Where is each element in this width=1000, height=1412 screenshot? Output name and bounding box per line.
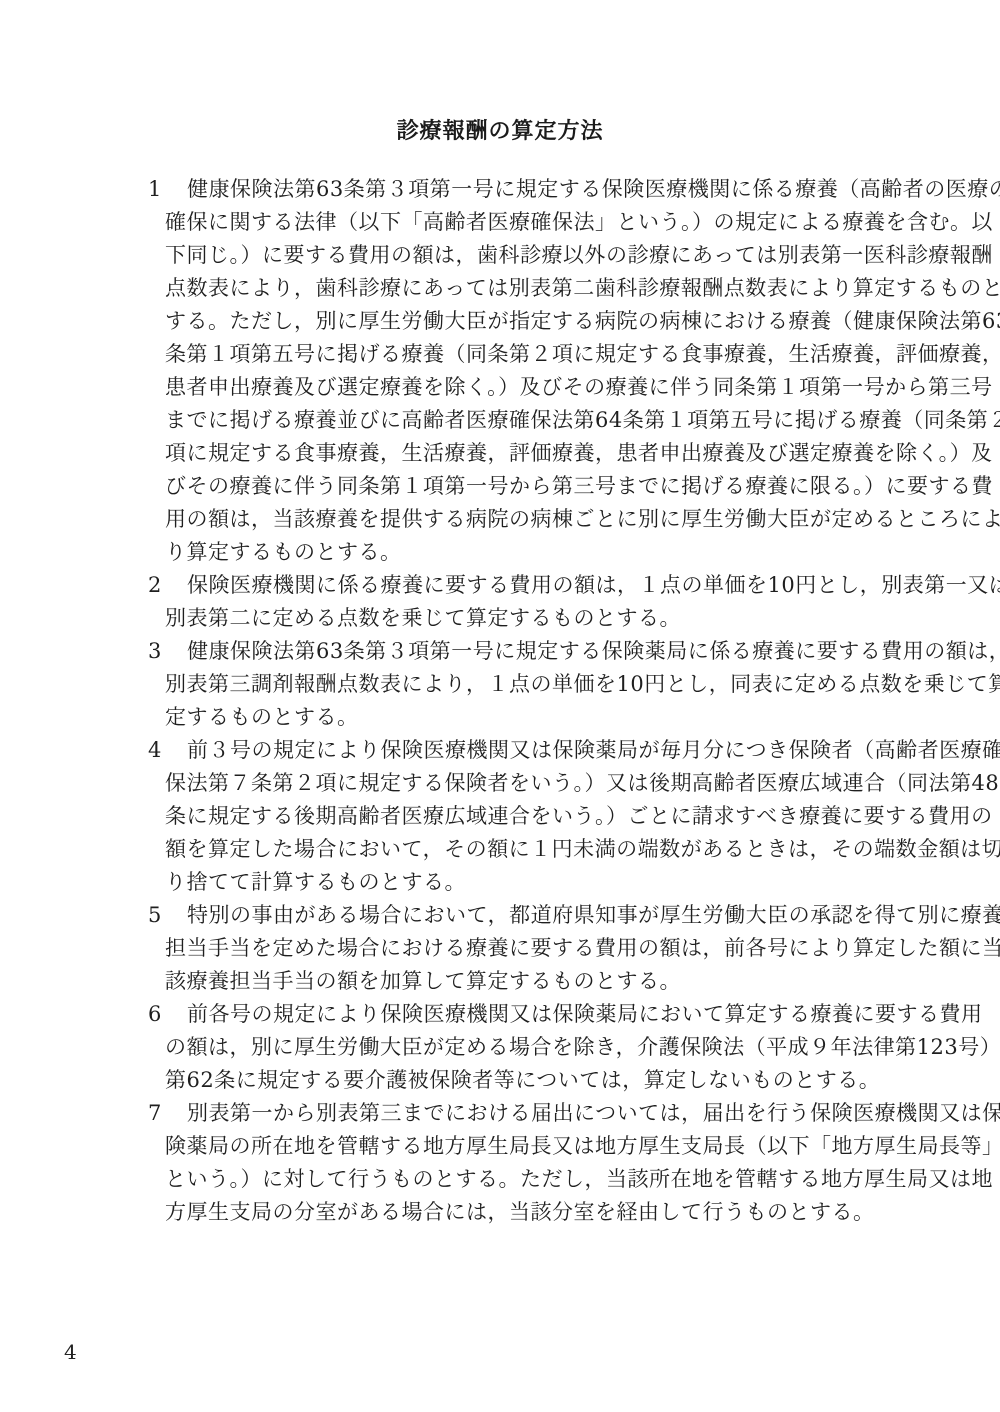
paragraph-7: 7別表第一から別表第三までにおける届出については，届出を行う保険医療機関又は保険… <box>148 1097 868 1229</box>
paragraph-text: り算定するものとする。 <box>165 540 402 564</box>
paragraph-line: 方厚生支局の分室がある場合には，当該分室を経由して行うものとする。 <box>148 1196 868 1229</box>
paragraph-line: 患者申出療養及び選定療養を除く。）及びその療養に伴う同条第１項第一号から第三号 <box>148 371 868 404</box>
paragraph-line: 第62条に規定する要介護被保険者等については，算定しないものとする。 <box>148 1064 868 1097</box>
paragraph-line: 保法第７条第２項に規定する保険者をいう。）又は後期高齢者医療広域連合（同法第48 <box>148 767 868 800</box>
paragraph-text: 別表第二に定める点数を乗じて算定するものとする。 <box>165 606 681 630</box>
paragraph-text: する。ただし，別に厚生労働大臣が指定する病院の病棟における療養（健康保険法第63 <box>165 309 1000 333</box>
paragraph-number: 6 <box>148 998 187 1031</box>
paragraph-line: 確保に関する法律（以下「高齢者医療確保法」という。）の規定による療養を含む。以 <box>148 206 868 239</box>
paragraph-text: 患者申出療養及び選定療養を除く。）及びその療養に伴う同条第１項第一号から第三号 <box>165 375 993 399</box>
paragraph-line: 該療養担当手当の額を加算して算定するものとする。 <box>148 965 868 998</box>
paragraph-first-line: 3健康保険法第63条第３項第一号に規定する保険薬局に係る療養に要する費用の額は， <box>148 635 868 668</box>
paragraph-text: 額を算定した場合において，その額に１円未満の端数があるときは，その端数金額は切 <box>165 837 1000 861</box>
document-body: 1健康保険法第63条第３項第一号に規定する保険医療機関に係る療養（高齢者の医療の… <box>148 173 868 1229</box>
paragraph-first-line: 5特別の事由がある場合において，都道府県知事が厚生労働大臣の承認を得て別に療養 <box>148 899 868 932</box>
paragraph-4: 4前３号の規定により保険医療機関又は保険薬局が毎月分につき保険者（高齢者医療確保… <box>148 734 868 899</box>
paragraph-text: びその療養に伴う同条第１項第一号から第三号までに掲げる療養に限る。）に要する費 <box>165 474 993 498</box>
paragraph-text: 保険医療機関に係る療養に要する費用の額は，１点の単価を10円とし，別表第一又は <box>187 573 1000 597</box>
paragraph-2: 2保険医療機関に係る療養に要する費用の額は，１点の単価を10円とし，別表第一又は… <box>148 569 868 635</box>
paragraph-line: という。）に対して行うものとする。ただし，当該所在地を管轄する地方厚生局又は地 <box>148 1163 868 1196</box>
paragraph-line: びその療養に伴う同条第１項第一号から第三号までに掲げる療養に限る。）に要する費 <box>148 470 868 503</box>
paragraph-line: 用の額は，当該療養を提供する病院の病棟ごとに別に厚生労働大臣が定めるところによ <box>148 503 868 536</box>
paragraph-line: り算定するものとする。 <box>148 536 868 569</box>
paragraph-line: 担当手当を定めた場合における療養に要する費用の額は，前各号により算定した額に当 <box>148 932 868 965</box>
paragraph-text: までに掲げる療養並びに高齢者医療確保法第64条第１項第五号に掲げる療養（同条第２ <box>165 408 1000 432</box>
paragraph-text: 担当手当を定めた場合における療養に要する費用の額は，前各号により算定した額に当 <box>165 936 1000 960</box>
paragraph-line: 条に規定する後期高齢者医療広域連合をいう。）ごとに請求すべき療養に要する費用の <box>148 800 868 833</box>
paragraph-line: 下同じ。）に要する費用の額は，歯科診療以外の診療にあっては別表第一医科診療報酬 <box>148 239 868 272</box>
paragraph-text: 確保に関する法律（以下「高齢者医療確保法」という。）の規定による療養を含む。以 <box>165 210 993 234</box>
paragraph-number: 2 <box>148 569 187 602</box>
paragraph-line: までに掲げる療養並びに高齢者医療確保法第64条第１項第五号に掲げる療養（同条第２ <box>148 404 868 437</box>
paragraph-first-line: 6前各号の規定により保険医療機関又は保険薬局において算定する療養に要する費用 <box>148 998 868 1031</box>
paragraph-text: 第62条に規定する要介護被保険者等については，算定しないものとする。 <box>165 1068 880 1092</box>
paragraph-number: 4 <box>148 734 187 767</box>
paragraph-text: 険薬局の所在地を管轄する地方厚生局長又は地方厚生支局長（以下「地方厚生局長等」 <box>165 1134 1000 1158</box>
document-page: 診療報酬の算定方法 1健康保険法第63条第３項第一号に規定する保険医療機関に係る… <box>0 0 1000 1412</box>
paragraph-line: の額は，別に厚生労働大臣が定める場合を除き，介護保険法（平成９年法律第123号） <box>148 1031 868 1064</box>
paragraph-text: 定するものとする。 <box>165 705 359 729</box>
paragraph-1: 1健康保険法第63条第３項第一号に規定する保険医療機関に係る療養（高齢者の医療の… <box>148 173 868 569</box>
paragraph-text: 条第１項第五号に掲げる療養（同条第２項に規定する食事療養，生活療養，評価療養， <box>165 342 1000 366</box>
paragraph-line: 条第１項第五号に掲げる療養（同条第２項に規定する食事療養，生活療養，評価療養， <box>148 338 868 371</box>
paragraph-text: 条に規定する後期高齢者医療広域連合をいう。）ごとに請求すべき療養に要する費用の <box>165 804 993 828</box>
paragraph-text: 下同じ。）に要する費用の額は，歯科診療以外の診療にあっては別表第一医科診療報酬 <box>165 243 993 267</box>
paragraph-text: 保法第７条第２項に規定する保険者をいう。）又は後期高齢者医療広域連合（同法第48 <box>165 771 999 795</box>
paragraph-text: 点数表により，歯科診療にあっては別表第二歯科診療報酬点数表により算定するものと <box>165 276 1000 300</box>
paragraph-line: 険薬局の所在地を管轄する地方厚生局長又は地方厚生支局長（以下「地方厚生局長等」 <box>148 1130 868 1163</box>
paragraph-first-line: 4前３号の規定により保険医療機関又は保険薬局が毎月分につき保険者（高齢者医療確 <box>148 734 868 767</box>
paragraph-text: という。）に対して行うものとする。ただし，当該所在地を管轄する地方厚生局又は地 <box>165 1167 993 1191</box>
paragraph-text: の額は，別に厚生労働大臣が定める場合を除き，介護保険法（平成９年法律第123号） <box>165 1035 1000 1059</box>
paragraph-line: り捨てて計算するものとする。 <box>148 866 868 899</box>
paragraph-line: 定するものとする。 <box>148 701 868 734</box>
paragraph-first-line: 1健康保険法第63条第３項第一号に規定する保険医療機関に係る療養（高齢者の医療の <box>148 173 868 206</box>
paragraph-6: 6前各号の規定により保険医療機関又は保険薬局において算定する療養に要する費用の額… <box>148 998 868 1097</box>
paragraph-line: 別表第三調剤報酬点数表により，１点の単価を10円とし，同表に定める点数を乗じて算 <box>148 668 868 701</box>
paragraph-first-line: 2保険医療機関に係る療養に要する費用の額は，１点の単価を10円とし，別表第一又は <box>148 569 868 602</box>
paragraph-3: 3健康保険法第63条第３項第一号に規定する保険薬局に係る療養に要する費用の額は，… <box>148 635 868 734</box>
paragraph-line: 項に規定する食事療養，生活療養，評価療養，患者申出療養及び選定療養を除く。）及 <box>148 437 868 470</box>
paragraph-line: 額を算定した場合において，その額に１円未満の端数があるときは，その端数金額は切 <box>148 833 868 866</box>
paragraph-number: 3 <box>148 635 187 668</box>
paragraph-text: 前各号の規定により保険医療機関又は保険薬局において算定する療養に要する費用 <box>187 1002 983 1026</box>
paragraph-text: 別表第一から別表第三までにおける届出については，届出を行う保険医療機関又は保 <box>187 1101 1000 1125</box>
page-number: 4 <box>64 1338 77 1366</box>
paragraph-text: 前３号の規定により保険医療機関又は保険薬局が毎月分につき保険者（高齢者医療確 <box>187 738 1000 762</box>
paragraph-text: 健康保険法第63条第３項第一号に規定する保険医療機関に係る療養（高齢者の医療の <box>187 177 1000 201</box>
paragraph-text: り捨てて計算するものとする。 <box>165 870 466 894</box>
paragraph-number: 7 <box>148 1097 187 1130</box>
paragraph-5: 5特別の事由がある場合において，都道府県知事が厚生労働大臣の承認を得て別に療養担… <box>148 899 868 998</box>
paragraph-line: 点数表により，歯科診療にあっては別表第二歯科診療報酬点数表により算定するものと <box>148 272 868 305</box>
paragraph-number: 5 <box>148 899 187 932</box>
paragraph-text: 方厚生支局の分室がある場合には，当該分室を経由して行うものとする。 <box>165 1200 875 1224</box>
paragraph-text: 健康保険法第63条第３項第一号に規定する保険薬局に係る療養に要する費用の額は， <box>187 639 1000 663</box>
paragraph-number: 1 <box>148 173 187 206</box>
paragraph-text: 項に規定する食事療養，生活療養，評価療養，患者申出療養及び選定療養を除く。）及 <box>165 441 993 465</box>
paragraph-text: 用の額は，当該療養を提供する病院の病棟ごとに別に厚生労働大臣が定めるところによ <box>165 507 1000 531</box>
paragraph-first-line: 7別表第一から別表第三までにおける届出については，届出を行う保険医療機関又は保 <box>148 1097 868 1130</box>
page-title: 診療報酬の算定方法 <box>0 115 1000 148</box>
paragraph-line: する。ただし，別に厚生労働大臣が指定する病院の病棟における療養（健康保険法第63 <box>148 305 868 338</box>
paragraph-text: 該療養担当手当の額を加算して算定するものとする。 <box>165 969 681 993</box>
paragraph-line: 別表第二に定める点数を乗じて算定するものとする。 <box>148 602 868 635</box>
paragraph-text: 特別の事由がある場合において，都道府県知事が厚生労働大臣の承認を得て別に療養 <box>187 903 1000 927</box>
paragraph-text: 別表第三調剤報酬点数表により，１点の単価を10円とし，同表に定める点数を乗じて算 <box>165 672 1000 696</box>
